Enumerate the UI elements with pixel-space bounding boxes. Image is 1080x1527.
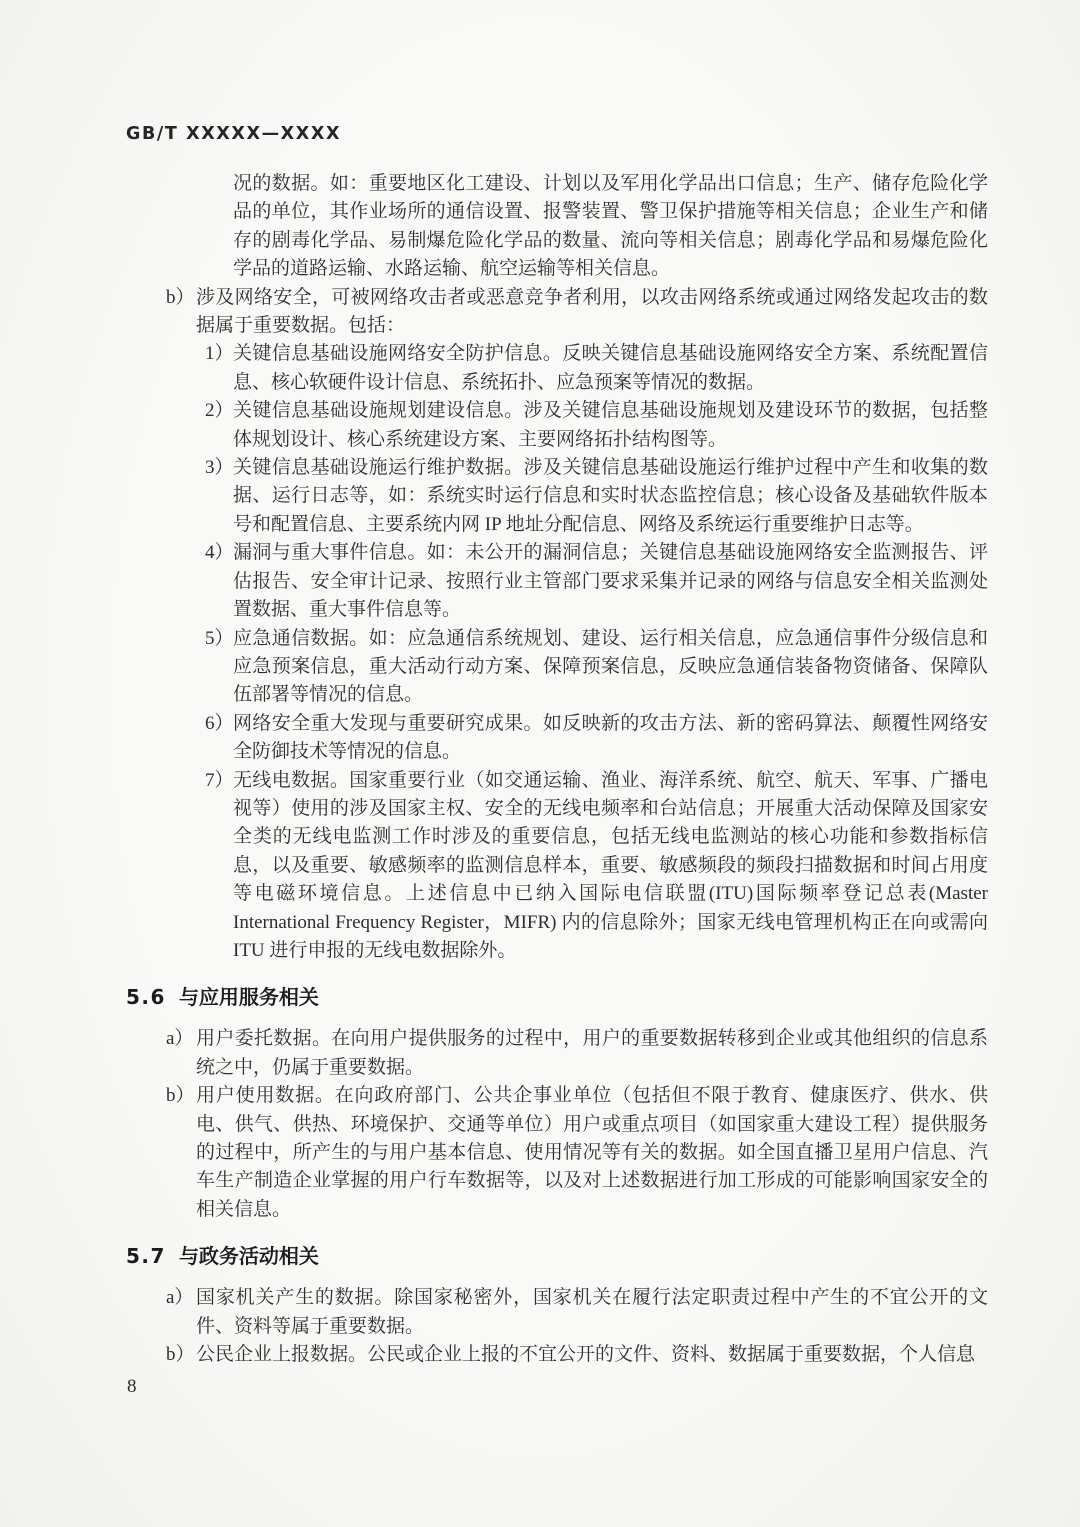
document-page: GB/T XXXXX—XXXX 况的数据。如：重要地区化工建设、计划以及军用化学… (0, 0, 1080, 1527)
list-item-text: 关键信息基础设施规划建设信息。涉及关键信息基础设施规划及建设环节的数据，包括整体… (233, 400, 988, 449)
list-item-marker: 3） (205, 454, 234, 482)
list-item-marker: b） (166, 1082, 195, 1110)
standard-number-header: GB/T XXXXX—XXXX (126, 124, 341, 144)
page-number: 8 (127, 1376, 137, 1398)
list-item-text: 用户委托数据。在向用户提供服务的过程中，用户的重要数据转移到企业或其他组织的信息… (196, 1028, 988, 1077)
list-item-text: 漏洞与重大事件信息。如：未公开的漏洞信息；关键信息基础设施网络安全监测报告、评估… (233, 542, 988, 620)
list-item-text: 应急通信数据。如：应急通信系统规划、建设、运行相关信息，应急通信事件分级信息和应… (233, 628, 988, 706)
list-item-text: 公民企业上报数据。公民或企业上报的不宜公开的文件、资料、数据属于重要数据，个人信… (196, 1344, 975, 1365)
list-item-text: 用户使用数据。在向政府部门、公共企事业单位（包括但不限于教育、健康医疗、供水、供… (196, 1085, 988, 1220)
list-item-5-7-a: a） 国家机关产生的数据。除国家秘密外，国家机关在履行法定职责过程中产生的不宜公… (126, 1284, 988, 1341)
list-item-5: 5） 应急通信数据。如：应急通信系统规划、建设、运行相关信息，应急通信事件分级信… (126, 625, 988, 710)
list-item-marker: 5） (205, 625, 234, 653)
section-number: 5.7 (126, 1244, 166, 1269)
list-item-text: 涉及网络安全，可被网络攻击者或恶意竞争者利用，以攻击网络系统或通过网络发起攻击的… (196, 287, 988, 336)
list-item-text: 关键信息基础设施网络安全防护信息。反映关键信息基础设施网络安全方案、系统配置信息… (233, 343, 988, 392)
list-item-marker: 2） (205, 397, 234, 425)
list-item-marker: 6） (205, 710, 234, 738)
paragraph-continuation: 况的数据。如：重要地区化工建设、计划以及军用化学品出口信息；生产、储存危险化学品… (126, 170, 988, 284)
document-body: 况的数据。如：重要地区化工建设、计划以及军用化学品出口信息；生产、储存危险化学品… (126, 170, 988, 1369)
list-item-marker: b） (166, 1341, 195, 1369)
list-item-6: 6） 网络安全重大发现与重要研究成果。如反映新的攻击方法、新的密码算法、颠覆性网… (126, 710, 988, 767)
list-item-marker: a） (166, 1025, 193, 1053)
section-5-7-heading: 5.7 与政务活动相关 (126, 1244, 988, 1269)
section-title: 与应用服务相关 (179, 985, 319, 1010)
list-item-b: b） 涉及网络安全，可被网络攻击者或恶意竞争者利用，以攻击网络系统或通过网络发起… (126, 284, 988, 341)
list-item-7: 7） 无线电数据。国家重要行业（如交通运输、渔业、海洋系统、航空、航天、军事、广… (126, 767, 988, 966)
list-item-5-6-b: b） 用户使用数据。在向政府部门、公共企事业单位（包括但不限于教育、健康医疗、供… (126, 1082, 988, 1224)
list-item-text: 关键信息基础设施运行维护数据。涉及关键信息基础设施运行维护过程中产生和收集的数据… (233, 457, 988, 535)
list-item-5-7-b: b） 公民企业上报数据。公民或企业上报的不宜公开的文件、资料、数据属于重要数据，… (126, 1341, 988, 1369)
section-title: 与政务活动相关 (179, 1244, 319, 1269)
list-item-marker: 1） (205, 340, 234, 368)
list-item-2: 2） 关键信息基础设施规划建设信息。涉及关键信息基础设施规划及建设环节的数据，包… (126, 397, 988, 454)
list-item-5-6-a: a） 用户委托数据。在向用户提供服务的过程中，用户的重要数据转移到企业或其他组织… (126, 1025, 988, 1082)
list-item-4: 4） 漏洞与重大事件信息。如：未公开的漏洞信息；关键信息基础设施网络安全监测报告… (126, 539, 988, 624)
list-item-marker: b） (166, 284, 195, 312)
section-5-6-heading: 5.6 与应用服务相关 (126, 985, 988, 1010)
list-item-marker: 7） (205, 767, 234, 795)
section-number: 5.6 (126, 985, 166, 1010)
list-item-3: 3） 关键信息基础设施运行维护数据。涉及关键信息基础设施运行维护过程中产生和收集… (126, 454, 988, 539)
list-item-marker: a） (166, 1284, 193, 1312)
list-item-text: 无线电数据。国家重要行业（如交通运输、渔业、海洋系统、航空、航天、军事、广播电视… (233, 770, 988, 961)
list-item-text: 国家机关产生的数据。除国家秘密外，国家机关在履行法定职责过程中产生的不宜公开的文… (196, 1287, 988, 1336)
list-item-1: 1） 关键信息基础设施网络安全防护信息。反映关键信息基础设施网络安全方案、系统配… (126, 340, 988, 397)
list-item-text: 网络安全重大发现与重要研究成果。如反映新的攻击方法、新的密码算法、颠覆性网络安全… (233, 713, 988, 762)
list-item-marker: 4） (205, 539, 234, 567)
